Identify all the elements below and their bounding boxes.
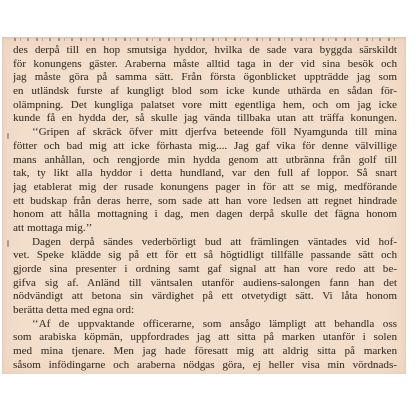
page-text: des derpå till en hop smutsiga hyddor, h… [13, 44, 397, 373]
clipped-text-remnant [14, 38, 396, 41]
text-line: kunde få en hydda der, så skulle jag vän… [13, 112, 397, 126]
text-line: jag måste göra på samma sätt. Från först… [13, 71, 397, 85]
text-line: honom att hålla mottagning i dag, men da… [13, 208, 397, 222]
page-paper: des derpå till en hop smutsiga hyddor, h… [2, 37, 406, 374]
text-line: med mina tjenare. Men jag hade föresatt … [13, 345, 397, 359]
text-line: des derpå till en hop smutsiga hyddor, h… [13, 44, 397, 58]
text-line: gjorde sina presenter i ordning samt gaf… [13, 263, 397, 277]
text-line: en utländsk furste af kungligt blod som … [13, 85, 397, 99]
text-line: jag etablerat mig der rusade konungens p… [13, 181, 397, 195]
text-line: mans anhållan, och rengjorde min hydda g… [13, 154, 397, 168]
text-line: tak, ty likt alla hyddor i detta hundlan… [13, 167, 397, 181]
text-line: som arabiska köpmän, uppfordrades jag at… [13, 331, 397, 345]
text-line: vet. Speke klädde sig på ett för ett så … [13, 249, 397, 263]
text-line: för konungens gäster. Araberna måste all… [13, 58, 397, 72]
text-line: berätta detta med egna ord: [13, 304, 397, 318]
ink-artifact [7, 133, 9, 139]
text-line: Dagen derpå sändes vederbörligt bud att … [13, 236, 397, 250]
text-line: olämpning. Det kungliga palatset vore mi… [13, 99, 397, 113]
text-line: nödvändigt att betona sin värdighet på e… [13, 290, 397, 304]
text-line: såsom infödingarne och araberna nödgas g… [13, 359, 397, 373]
text-line: ett budskap från deras herre, som sade a… [13, 195, 397, 209]
text-line: ‘‘Gripen af skräck öfver mitt djerfva be… [13, 126, 397, 140]
scanned-book-page: des derpå till en hop smutsiga hyddor, h… [0, 0, 416, 416]
text-line: fötter och bad mig att icke förhasta mig… [13, 140, 397, 154]
ink-artifact [7, 240, 9, 247]
text-line: ‘‘Af de uppvaktande officerarne, som ans… [13, 318, 397, 332]
text-line: gifva sig af. Anländ till väntsalen utan… [13, 277, 397, 291]
text-line: att mottaga mig.’’ [13, 222, 397, 236]
